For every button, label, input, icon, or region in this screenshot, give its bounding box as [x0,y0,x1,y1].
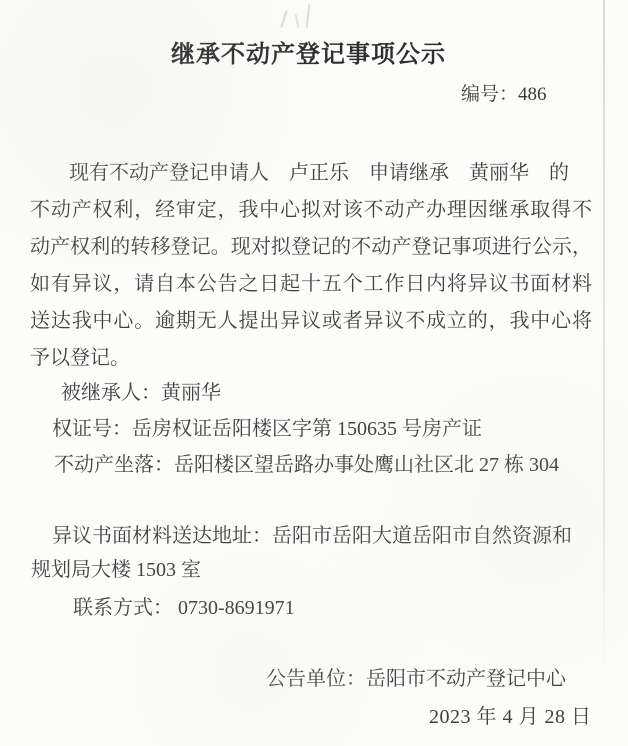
pencil-mark-artifact [280,10,287,28]
pencil-mark-artifact [306,4,310,28]
field-decedent: 被继承人：黄丽华 [61,380,221,407]
announcing-unit: 公告单位：岳阳市不动产登记中心 [266,666,566,693]
paragraph-line-4: 如有异议，请自本公告之日起十五个工作日内将异议书面材料 [30,271,592,298]
paragraph-line-5: 送达我中心。逾期无人提出异议或者异议不成立的，我中心将 [30,308,592,335]
paragraph-line-1: 现有不动产登记申请人 卢正乐 申请继承 黄丽华 的 [69,160,569,187]
objection-address-line-1: 异议书面材料送达地址：岳阳市岳阳大道岳阳市自然资源和 [52,523,572,550]
doc-number: 编号：486 [461,82,547,107]
paragraph-line-6: 予以登记。 [30,345,130,372]
announcement-date: 2023 年 4 月 28 日 [429,704,592,731]
objection-address-line-2: 规划局大楼 1503 室 [31,557,201,584]
contact-phone-line: 联系方式： 0730-8691971 [73,595,295,622]
page-title: 继承不动产登记事项公示 [171,39,446,69]
pencil-mark-artifact [295,14,300,28]
field-property-location: 不动产坐落：岳阳楼区望岳路办事处鹰山社区北 27 栋 304 [54,452,559,479]
paragraph-line-2: 不动产权利，经审定，我中心拟对该不动产办理因继承取得不 [30,197,592,224]
scanned-notice-page: 继承不动产登记事项公示 编号：486 现有不动产登记申请人 卢正乐 申请继承 黄… [0,0,628,746]
field-certificate-number: 权证号：岳房权证岳阳楼区字第 150635 号房产证 [52,416,482,443]
scan-edge-shadow [603,0,605,672]
paragraph-line-3: 动产权利的转移登记。现对拟登记的不动产登记事项进行公示， [30,234,592,261]
